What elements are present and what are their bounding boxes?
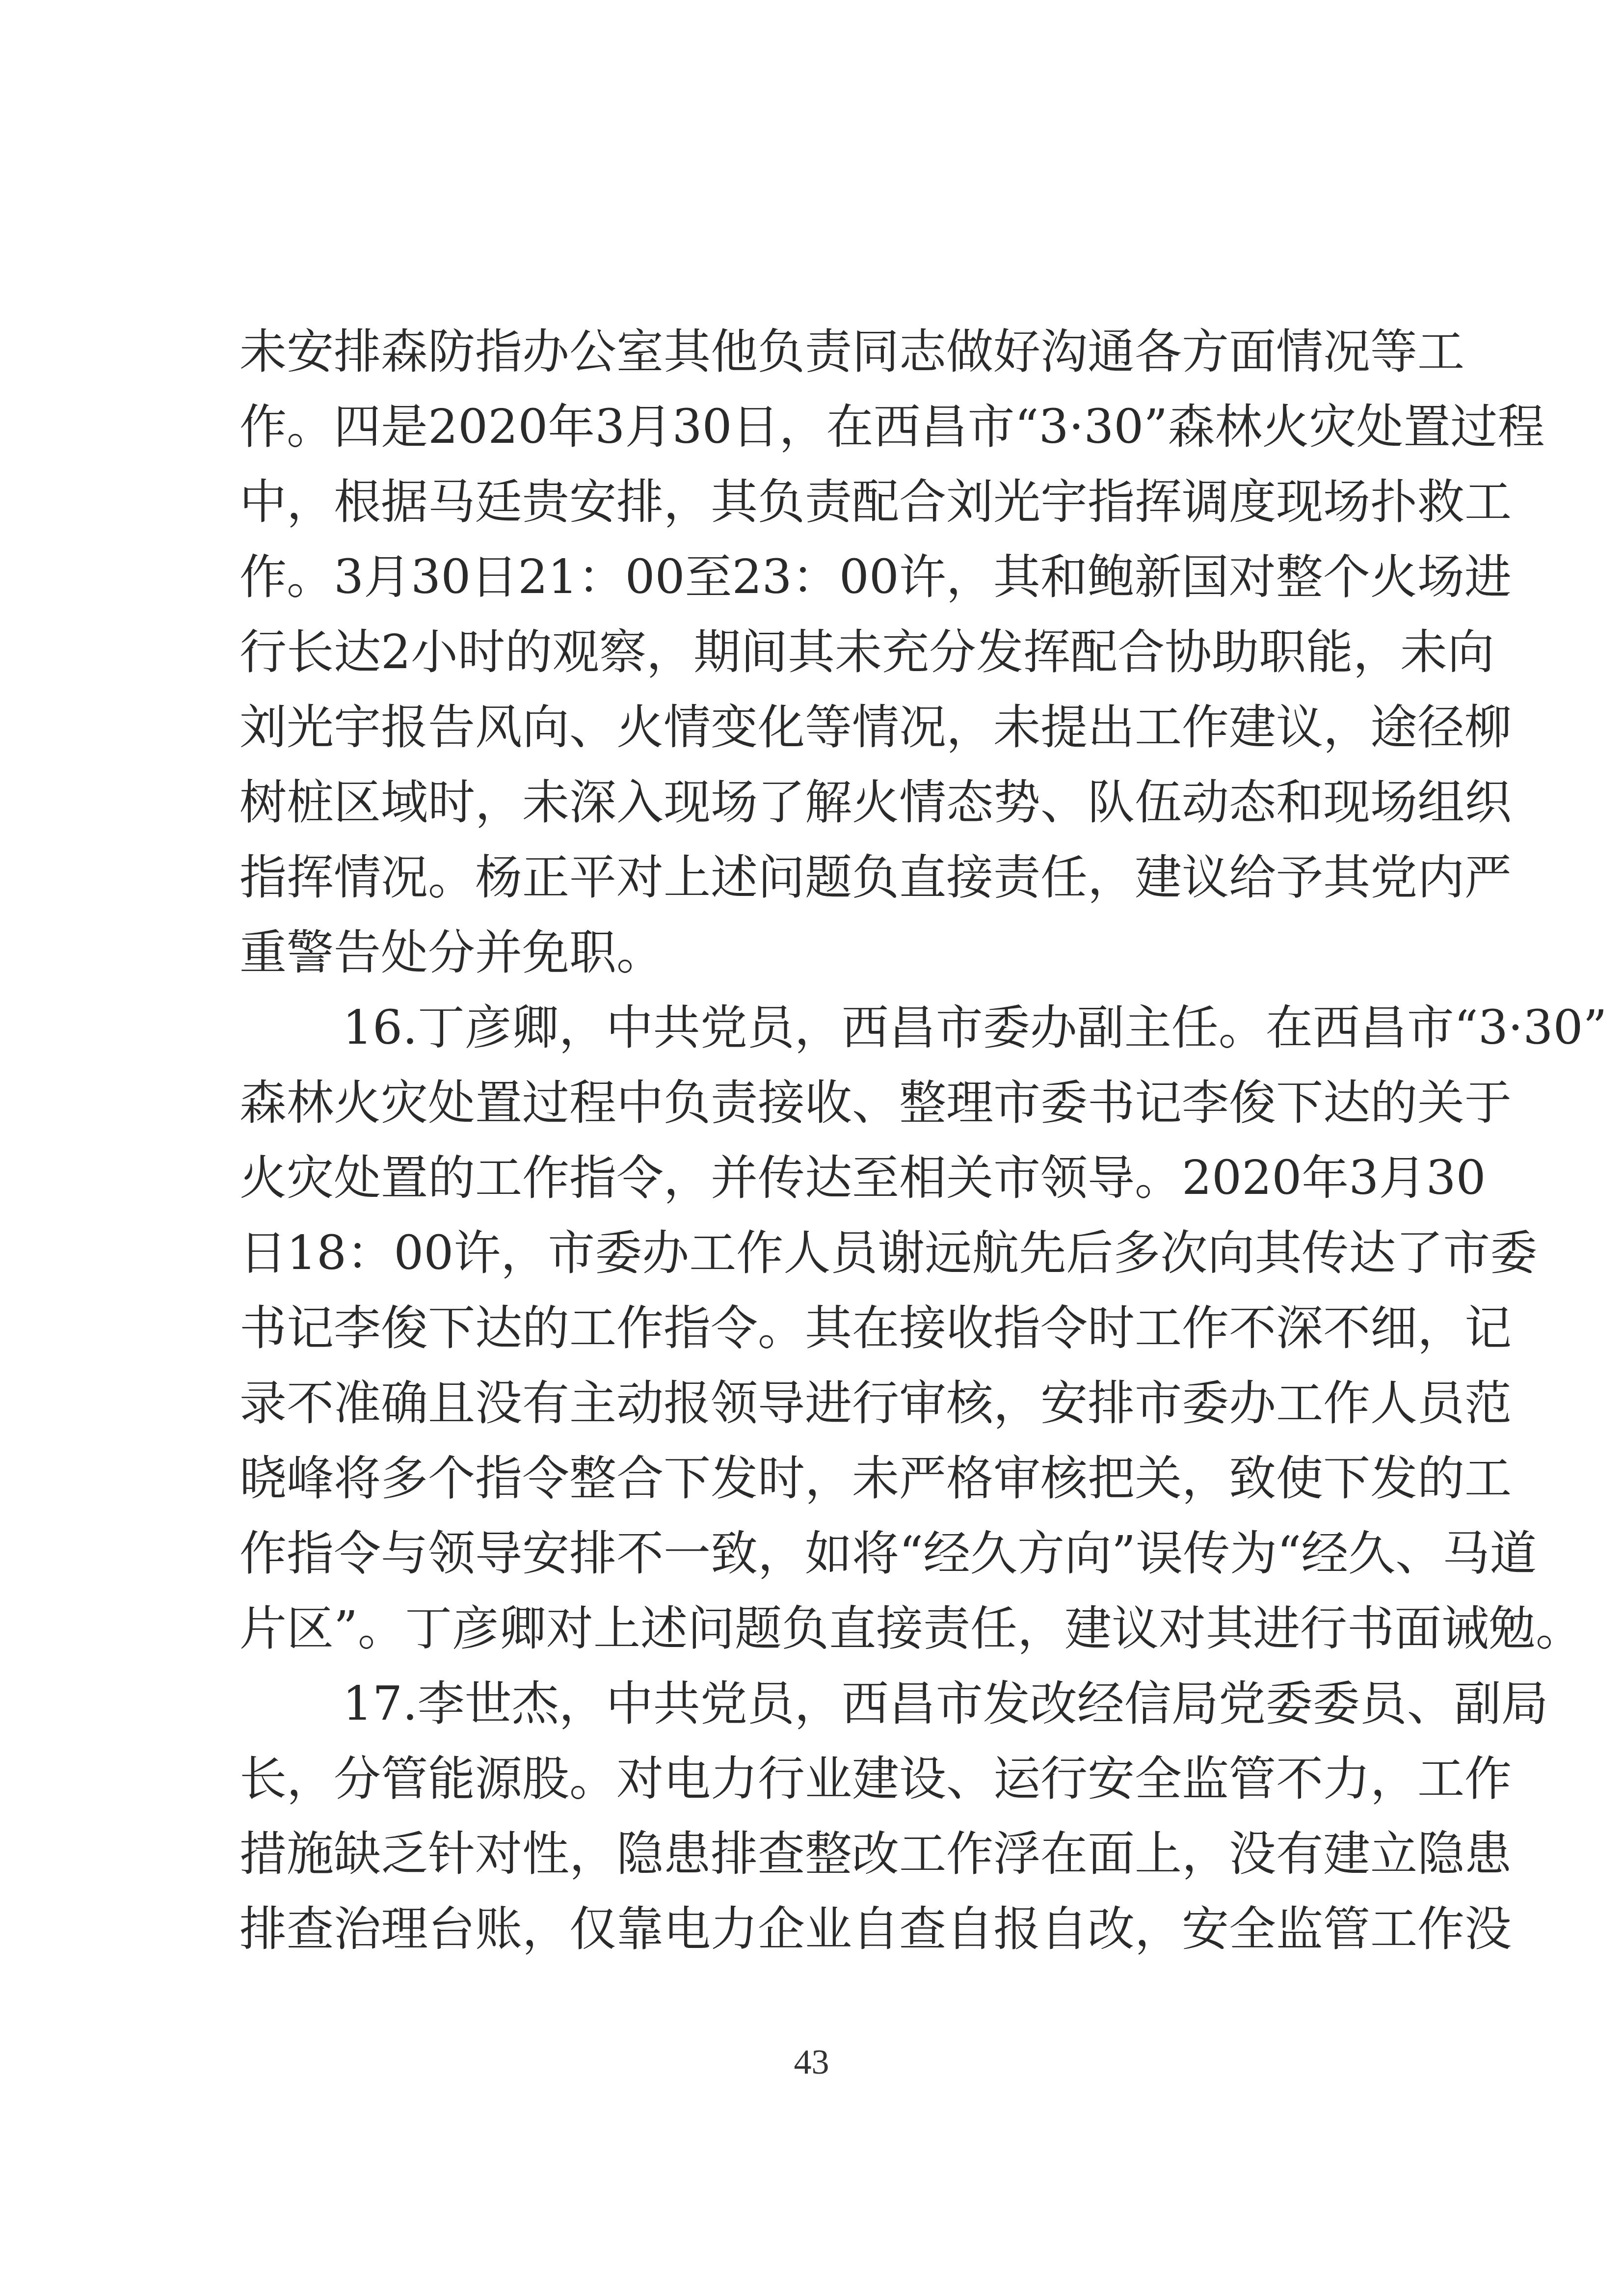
text-line: 排查治理台账，仅靠电力企业自查自报自改，安全监管工作没 [239, 1891, 1378, 1967]
text-line: 片区”。丁彦卿对上述问题负直接责任，建议对其进行书面诫勉。 [239, 1591, 1378, 1666]
text-line: 书记李俊下达的工作指令。其在接收指令时工作不深不细，记 [239, 1291, 1378, 1366]
text-line: 措施缺乏针对性，隐患排查整改工作浮在面上，没有建立隐患 [239, 1816, 1378, 1891]
text-line: 树桩区域时，未深入现场了解火情态势、队伍动态和现场组织 [239, 765, 1378, 840]
text-line: 刘光宇报告风向、火情变化等情况，未提出工作建议，途径柳 [239, 690, 1378, 765]
page-number: 43 [0, 2037, 1623, 2086]
text-line: 火灾处置的工作指令，并传达至相关市领导。2020年3月30 [239, 1140, 1378, 1216]
text-line: 重警告处分并免职。 [239, 915, 1378, 990]
text-line: 晓峰将多个指令整合下发时，未严格审核把关，致使下发的工 [239, 1441, 1378, 1516]
text-line: 17.李世杰，中共党员，西昌市发改经信局党委委员、副局 [239, 1666, 1378, 1741]
paragraph-continuation-15: 未安排森防指办公室其他负责同志做好沟通各方面情况等工 作。四是2020年3月30… [239, 314, 1378, 990]
body-text: 未安排森防指办公室其他负责同志做好沟通各方面情况等工 作。四是2020年3月30… [239, 314, 1378, 1967]
text-line: 森林火灾处置过程中负责接收、整理市委书记李俊下达的关于 [239, 1065, 1378, 1140]
text-line: 作。3月30日21：00至23：00许，其和鲍新国对整个火场进 [239, 540, 1378, 615]
text-line: 16.丁彦卿，中共党员，西昌市委办副主任。在西昌市“3·30” [239, 990, 1378, 1065]
text-line: 未安排森防指办公室其他负责同志做好沟通各方面情况等工 [239, 314, 1378, 389]
paragraph-item-17: 17.李世杰，中共党员，西昌市发改经信局党委委员、副局 长，分管能源股。对电力行… [239, 1666, 1378, 1967]
text-line: 作。四是2020年3月30日，在西昌市“3·30”森林火灾处置过程 [239, 389, 1378, 464]
text-line: 行长达2小时的观察，期间其未充分发挥配合协助职能，未向 [239, 615, 1378, 690]
text-line: 长，分管能源股。对电力行业建设、运行安全监管不力，工作 [239, 1741, 1378, 1816]
text-line: 录不准确且没有主动报领导进行审核，安排市委办工作人员范 [239, 1366, 1378, 1441]
paragraph-item-16: 16.丁彦卿，中共党员，西昌市委办副主任。在西昌市“3·30” 森林火灾处置过程… [239, 990, 1378, 1666]
document-page: 未安排森防指办公室其他负责同志做好沟通各方面情况等工 作。四是2020年3月30… [0, 0, 1623, 2296]
text-line: 中，根据马廷贵安排，其负责配合刘光宇指挥调度现场扑救工 [239, 464, 1378, 540]
text-line: 作指令与领导安排不一致，如将“经久方向”误传为“经久、马道 [239, 1516, 1378, 1591]
text-line: 指挥情况。杨正平对上述问题负直接责任，建议给予其党内严 [239, 840, 1378, 915]
text-line: 日18：00许，市委办工作人员谢远航先后多次向其传达了市委 [239, 1216, 1378, 1291]
